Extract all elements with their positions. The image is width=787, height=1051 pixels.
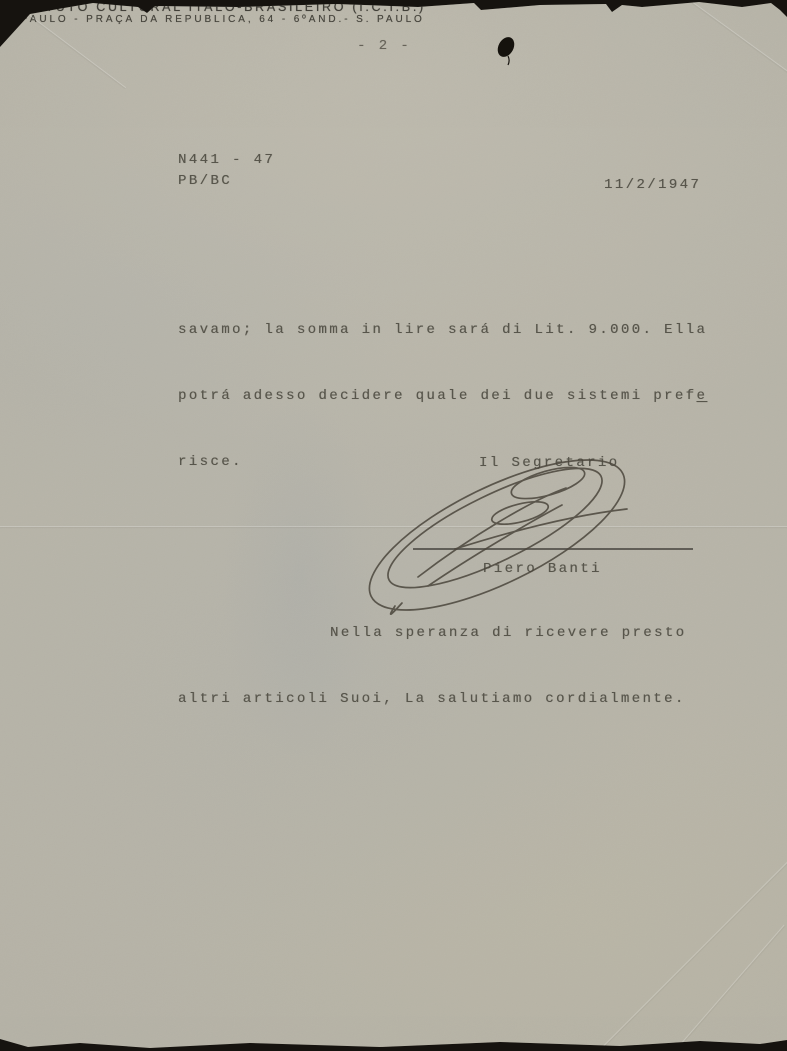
letter-page: - 2 - INSTITUTO CULTURAL ITALO-BRASILEIR… [0, 0, 787, 1051]
body-line: potrá adesso decidere quale dei due sist… [178, 385, 718, 407]
signature-line [413, 548, 693, 550]
scanned-letter: - 2 - INSTITUTO CULTURAL ITALO-BRASILEIR… [0, 0, 787, 1051]
signer-name: Piero Banti [483, 561, 602, 577]
ink-blot [494, 34, 517, 65]
body-line: Nella speranza di ricevere presto [178, 622, 718, 644]
letterhead-address: S. PAULO - PRAÇA DA REPUBLICA, 64 - 6ºAN… [0, 14, 787, 25]
body-line: altri articoli Suoi, La salutiamo cordia… [178, 688, 718, 710]
paragraph-1: savamo; la somma in lire sará di Lit. 9.… [178, 275, 718, 517]
body-line: risce. [178, 451, 718, 473]
bottom-right-crease [676, 925, 785, 1050]
signer-title: Il Segretario [479, 455, 619, 471]
paragraph-2: Nella speranza di ricevere presto altri … [178, 578, 718, 754]
reference-number: N441 - 47 [178, 152, 275, 168]
page-number: - 2 - [357, 38, 411, 54]
letter-body: savamo; la somma in lire sará di Lit. 9.… [178, 231, 718, 798]
letterhead-organization: INSTITUTO CULTURAL ITALO-BRASILEIRO (I.C… [0, 0, 787, 14]
body-line: savamo; la somma in lire sará di Lit. 9.… [178, 319, 718, 341]
bottom-right-crease [600, 861, 787, 1050]
top-left-corner-crease [30, 15, 126, 88]
letter-date: 11/2/1947 [604, 177, 701, 193]
hyphenation-underline: e [696, 388, 707, 404]
typist-initials: PB/BC [178, 173, 232, 189]
